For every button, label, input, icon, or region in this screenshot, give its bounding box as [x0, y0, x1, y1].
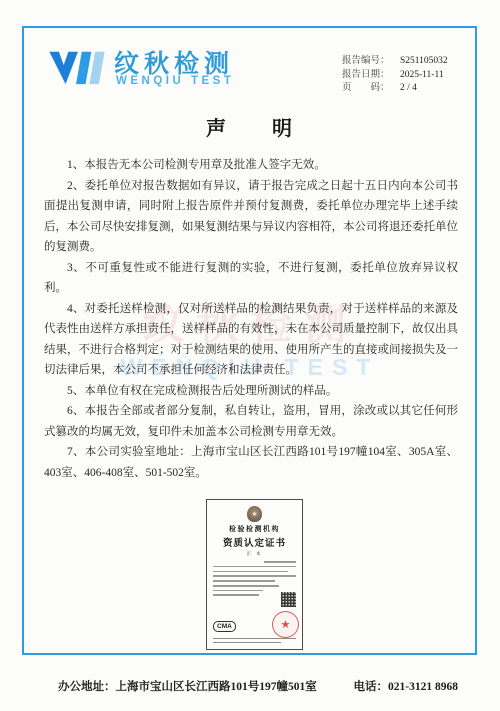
paragraph-2: 2、委托单位对报告数据如有异议，请于报告完成之日起十五日内向本公司书面提出复测申… [44, 176, 458, 258]
phone-label: 电话： [354, 681, 389, 693]
declaration-body: 1、本报告无本公司检测专用章及批准人签字无效。 2、委托单位对报告数据如有异议，… [44, 155, 458, 483]
page-footer: 办公地址：上海市宝山区长江西路101号197幢501室 电话：021-3121 … [0, 678, 500, 694]
certificate-footer-lines [213, 636, 296, 645]
office-address: 办公地址：上海市宝山区长江西路101号197幢501室 [58, 678, 317, 694]
page-number-label: 页 码： [342, 82, 400, 96]
page-number-row: 页 码： 2 / 4 [342, 82, 448, 96]
red-seal-stamp-icon: ★ [272, 611, 299, 638]
report-date-value: 2025-11-11 [400, 69, 444, 83]
certificate-detail-lines [213, 561, 296, 596]
stamp-star: ★ [281, 618, 291, 631]
paragraph-1: 1、本报告无本公司检测专用章及批准人签字无效。 [44, 155, 458, 176]
emblem-star: ★ [251, 511, 257, 518]
page-title: 声 明 [0, 112, 500, 141]
national-emblem-icon: ★ [247, 506, 262, 522]
report-date-row: 报告日期： 2025-11-11 [342, 69, 448, 83]
report-date-label: 报告日期： [342, 69, 400, 83]
paragraph-4: 4、对委托送样检测，仅对所送样品的检测结果负责，对于送样样品的来源及代表性由送样… [44, 299, 458, 381]
report-number-value: S251105032 [400, 55, 448, 69]
certificate-title: 资质认定证书 [213, 535, 296, 549]
paragraph-3: 3、不可重复性或不能进行复测的实验，不进行复测，委托单位放弃异议权利。 [44, 258, 458, 299]
phone-value: 021-3121 8968 [388, 681, 458, 693]
page-number-value: 2 / 4 [400, 82, 417, 96]
certificate-copy-type: 正 本 [213, 551, 296, 557]
declaration-page: 纹秋检测 WENQIU TEST 报告编号： S251105032 报告日期： … [0, 0, 500, 711]
paragraph-6: 6、本报告全部或者部分复制，私自转让，盗用，冒用，涂改或以其它任何形式篡改的均属… [44, 401, 458, 442]
cma-qualification-certificate: ★ 检验检测机构 资质认定证书 正 本 CMA ★ [206, 499, 303, 650]
report-number-row: 报告编号： S251105032 [342, 55, 448, 69]
paragraph-5: 5、本单位有权在完成检测报告后处理所测试的样品。 [44, 381, 458, 402]
wenqiu-logo-icon [46, 46, 108, 86]
certificate-org-type: 检验检测机构 [213, 524, 296, 534]
paragraph-7: 7、本公司实验室地址：上海市宝山区长江西路101号197幢104室、305A室、… [44, 442, 458, 483]
phone: 电话：021-3121 8968 [354, 678, 458, 694]
office-address-value: 上海市宝山区长江西路101号197幢501室 [116, 681, 317, 693]
cma-mark-icon: CMA [213, 621, 236, 632]
office-address-label: 办公地址： [58, 681, 116, 693]
logo-company-subtitle: WENQIU TEST [116, 75, 234, 87]
report-number-label: 报告编号： [342, 55, 400, 69]
report-info-block: 报告编号： S251105032 报告日期： 2025-11-11 页 码： 2… [342, 55, 448, 96]
qr-code-icon [281, 592, 296, 607]
